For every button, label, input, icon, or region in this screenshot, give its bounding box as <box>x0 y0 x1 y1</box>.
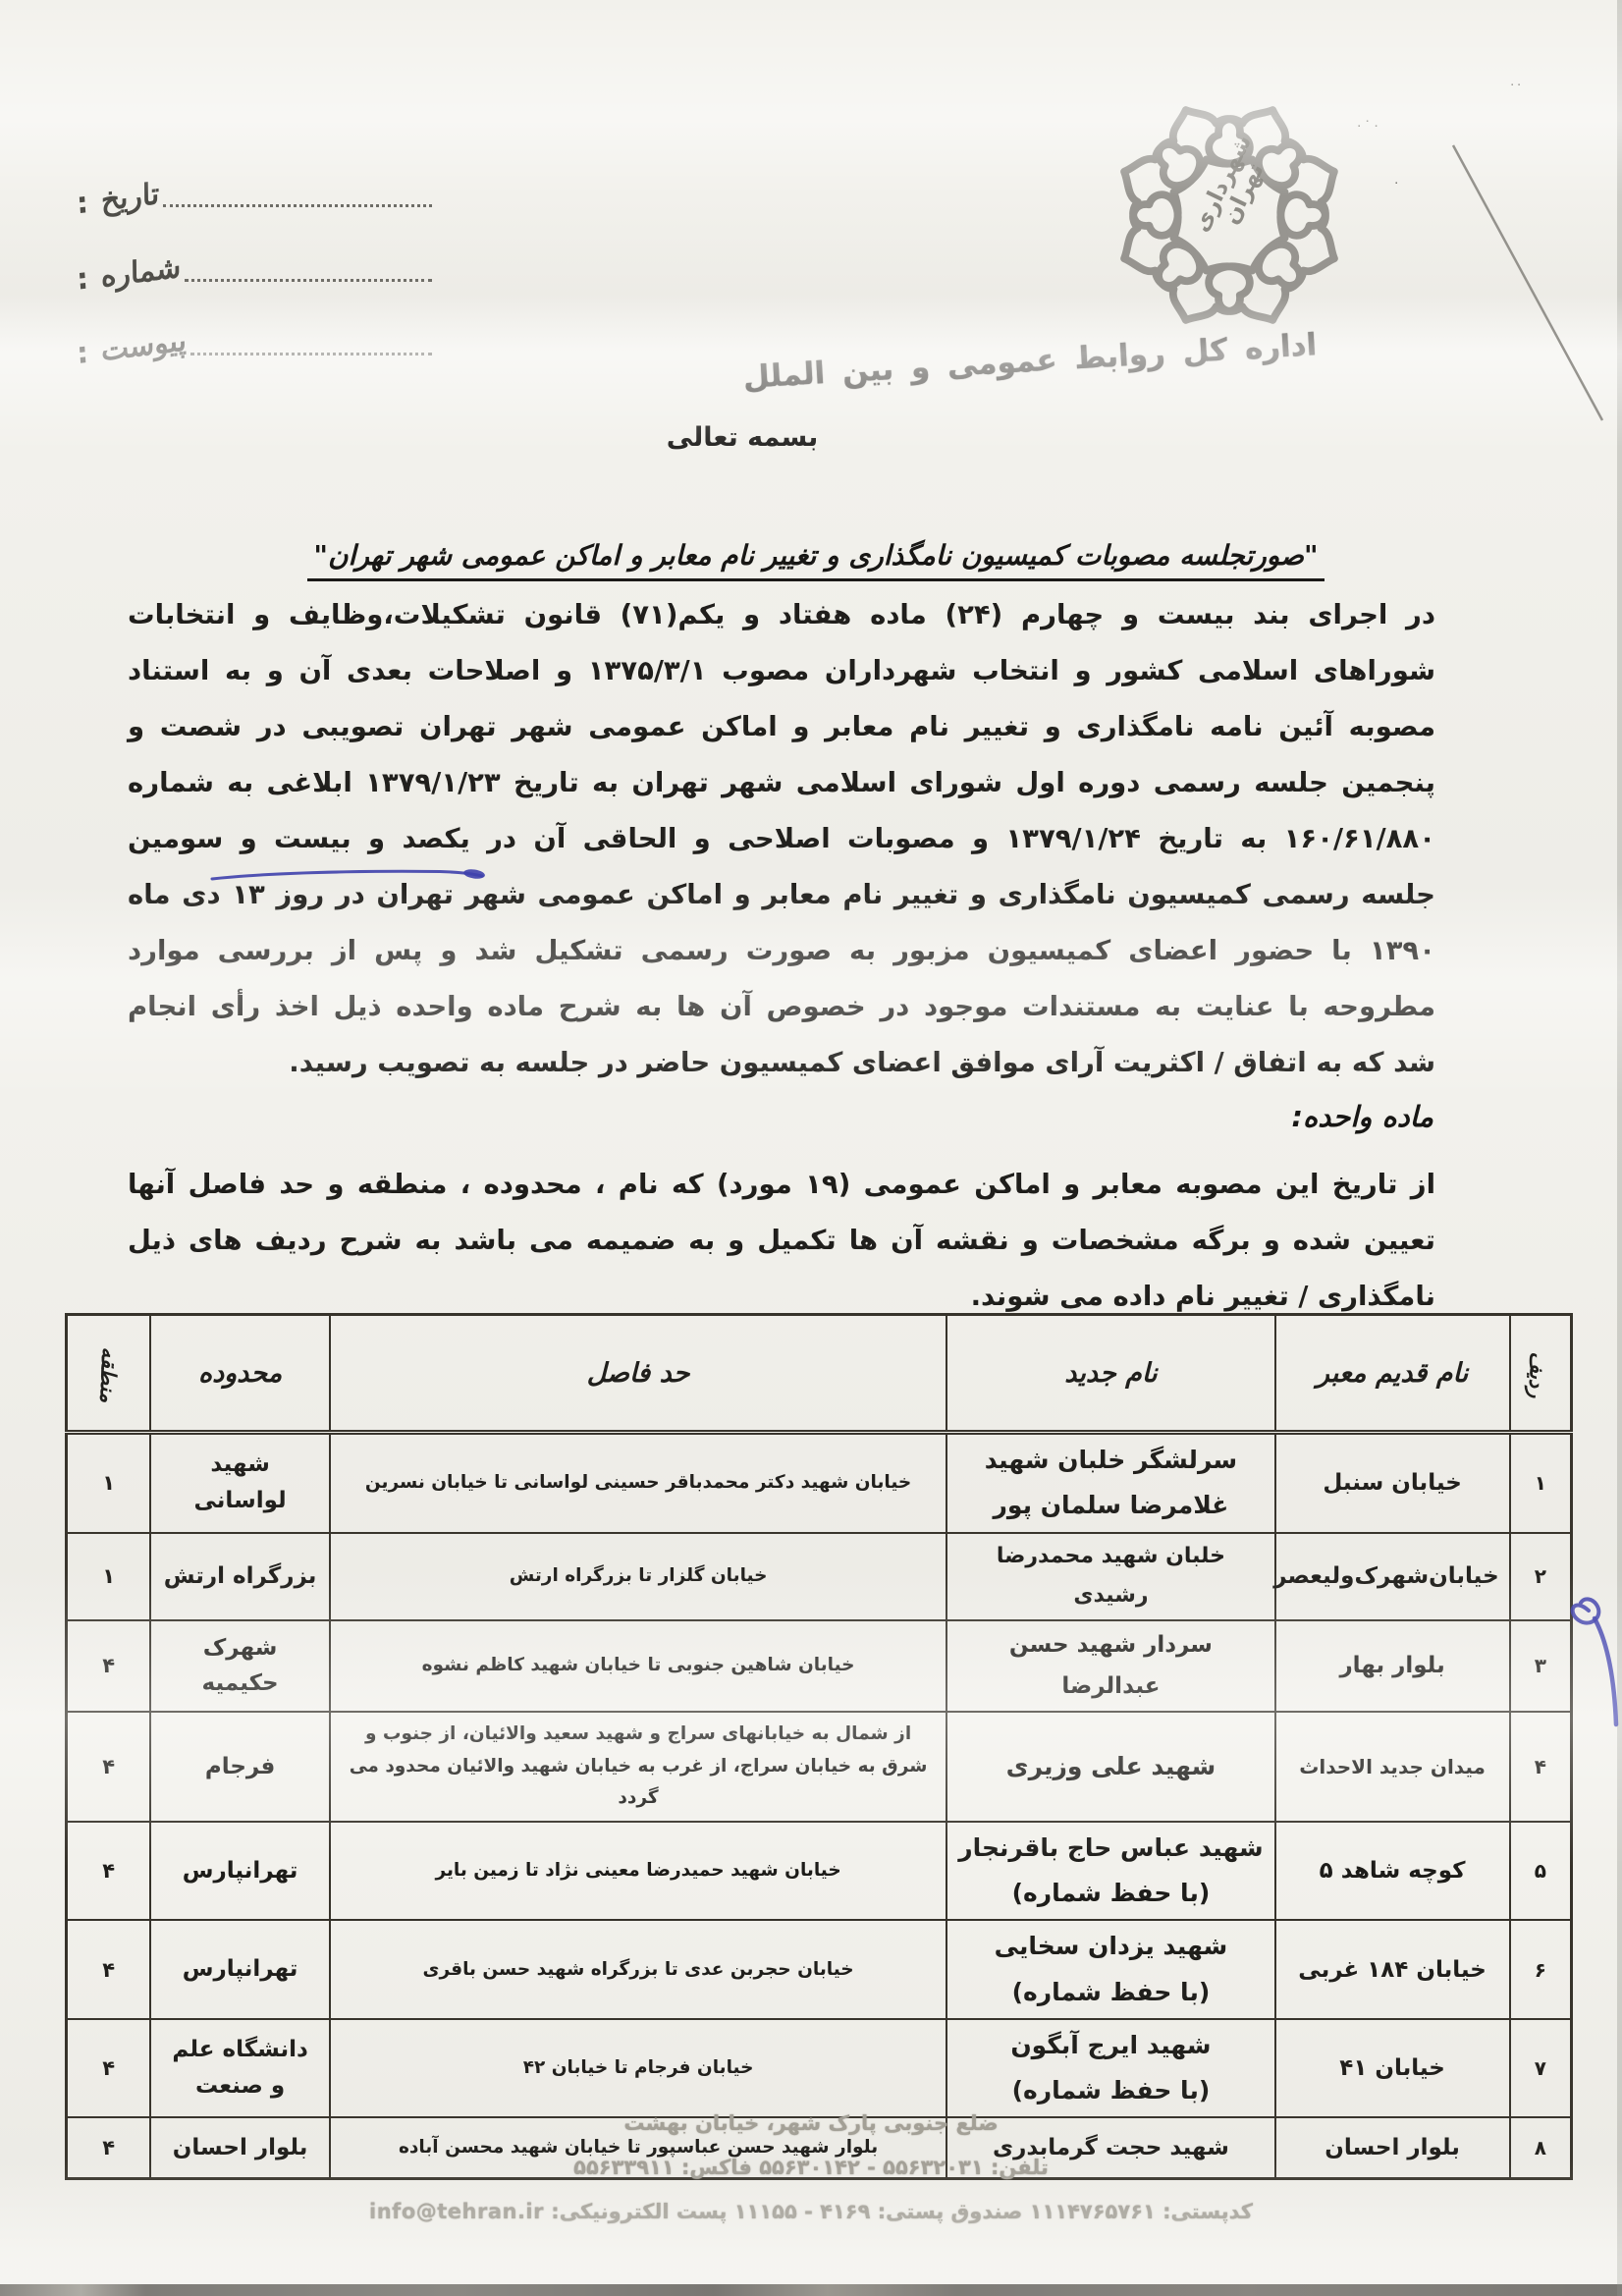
scan-scratch-line <box>1441 136 1614 430</box>
cell-zone: ۴ <box>67 2019 151 2118</box>
attachment-dotted-line <box>190 353 432 355</box>
scan-bottom-edge <box>0 2284 1622 2296</box>
cell-district: تهرانپارس <box>150 1822 329 1921</box>
single-article-heading: ماده واحده: <box>1291 1100 1433 1133</box>
scan-speck: ᐧ˙ᐧ <box>1357 118 1380 136</box>
table-row: ۵ کوچه شاهد ۵ شهید عباس حاج باقرنجار (با… <box>67 1822 1572 1921</box>
cell-zone: ۴ <box>67 1620 151 1712</box>
header-district: محدوده <box>150 1315 329 1433</box>
cell-old-name: بلوار بهار <box>1275 1620 1510 1712</box>
header-old-name: نام قدیم معبر <box>1275 1315 1510 1433</box>
table-header-row: ردیف نام قدیم معبر نام جدید حد فاصل محدو… <box>67 1315 1572 1433</box>
cell-new-name: شهید یزدان سخایی (با حفظ شماره) <box>946 1920 1274 2019</box>
scanned-letter-page: تاریخ : شماره : پیوست : شهرداری <box>0 0 1622 2296</box>
paragraph-line: تعیین شده و برگه مشخصات و نقشه آن ها تکم… <box>128 1213 1435 1269</box>
table-row: ۴ میدان جدید الاحداث شهید علی وزیری از ش… <box>67 1712 1572 1822</box>
cell-zone: ۱ <box>67 1533 151 1620</box>
table-row: ۱ خیابان سنبل سرلشگر خلبان شهید غلامرضا … <box>67 1433 1572 1533</box>
header-new-name: نام جدید <box>946 1315 1274 1433</box>
paragraph-line: مصوبه آئین نامه نامگذاری و تغییر نام معا… <box>128 699 1435 755</box>
paragraph-line: پنجمین جلسه رسمی دوره اول شورای اسلامی ش… <box>128 755 1435 811</box>
body-paragraph-2: از تاریخ این مصوبه معابر و اماکن عمومی (… <box>128 1157 1435 1325</box>
cell-boundary: خیابان شهید دکتر محمدباقر حسینی لواسانی … <box>330 1433 947 1533</box>
date-label: تاریخ : <box>73 177 168 221</box>
document-title: "صورتجلسه مصوبات کمیسیون نامگذاری و تغیی… <box>163 539 1469 572</box>
naming-table: ردیف نام قدیم معبر نام جدید حد فاصل محدو… <box>65 1313 1573 2180</box>
footer-postal: کدپستی: ۱۱۱۴۷۶۵۷۶۱ صندوق پستی: ۴۱۶۹ - ۱۱… <box>324 2200 1298 2223</box>
scan-right-edge <box>1617 0 1622 2296</box>
cell-new-name: سردار شهید حسن عبدالرضا <box>946 1620 1274 1712</box>
cell-new-name: شهید ایرج آبگون (با حفظ شماره) <box>946 2019 1274 2118</box>
body-paragraph-1: در اجرای بند بیست و چهارم (۲۴) ماده هفتا… <box>128 587 1435 1091</box>
paragraph-line: از تاریخ این مصوبه معابر و اماکن عمومی (… <box>128 1157 1435 1213</box>
cell-old-name: خیابان ۱۸۴ غربی <box>1275 1920 1510 2019</box>
cell-row-number: ۸ <box>1510 2117 1572 2178</box>
paragraph-line: شد که به اتفاق / اکثریت آرای موافق اعضای… <box>128 1035 1435 1091</box>
pen-check-mark <box>1559 1579 1622 1736</box>
cell-district: دانشگاه علم و صنعت <box>150 2019 329 2118</box>
cell-boundary: خیابان شاهین جنوبی تا خیابان شهید کاظم ن… <box>330 1620 947 1712</box>
cell-zone: ۴ <box>67 2117 151 2178</box>
besmeleh-heading: بسمه تعالی <box>546 422 939 453</box>
date-field: تاریخ : <box>77 163 442 216</box>
cell-boundary: خیابان شهید حمیدرضا معینی نژاد تا زمین ب… <box>330 1822 947 1921</box>
cell-district: شهرک حکیمیه <box>150 1620 329 1712</box>
header-row-number: ردیف <box>1510 1315 1572 1433</box>
header-boundary: حد فاصل <box>330 1315 947 1433</box>
cell-old-name: خیابان‌شهرک‌ولیعصر <box>1275 1533 1510 1620</box>
cell-old-name: کوچه شاهد ۵ <box>1275 1822 1510 1921</box>
document-title-text: "صورتجلسه مصوبات کمیسیون نامگذاری و تغیی… <box>307 539 1324 581</box>
cell-old-name: میدان جدید الاحداث <box>1275 1712 1510 1822</box>
table-row: ۶ خیابان ۱۸۴ غربی شهید یزدان سخایی (با ح… <box>67 1920 1572 2019</box>
date-dotted-line <box>163 204 432 207</box>
cell-row-number: ۱ <box>1510 1433 1572 1533</box>
cell-new-name: خلبان شهید محمدرضا رشیدی <box>946 1533 1274 1620</box>
cell-old-name: بلوار احسان <box>1275 2117 1510 2178</box>
cell-old-name: خیابان سنبل <box>1275 1433 1510 1533</box>
cell-zone: ۴ <box>67 1712 151 1822</box>
number-dotted-line <box>185 279 432 282</box>
cell-row-number: ۶ <box>1510 1920 1572 2019</box>
cell-zone: ۱ <box>67 1433 151 1533</box>
cell-boundary: خیابان گلزار تا بزرگراه ارتش <box>330 1533 947 1620</box>
cell-boundary: خیابان حجربن عدی تا بزرگراه شهید حسن باق… <box>330 1920 947 2019</box>
table-row: ۲ خیابان‌شهرک‌ولیعصر خلبان شهید محمدرضا … <box>67 1533 1572 1620</box>
paragraph-line: مطروحه با عنایت به مستندات موجود در خصوص… <box>128 979 1435 1035</box>
scan-speck: ᐧ <box>1394 175 1401 192</box>
cell-old-name: خیابان ۴۱ <box>1275 2019 1510 2118</box>
cell-district: شهید لواسانی <box>150 1433 329 1533</box>
cell-new-name: شهید عباس حاج باقرنجار (با حفظ شماره) <box>946 1822 1274 1921</box>
paragraph-line: ۱۶۰/۶۱/۸۸۰ به تاریخ ۱۳۷۹/۱/۲۴ و مصوبات ا… <box>128 811 1435 867</box>
attachment-label: پیوست : <box>73 323 194 370</box>
footer-address: ضلع جنوبی پارک شهر، خیابان بهشت <box>324 2111 1298 2135</box>
scan-speck: ᐧᐧ <box>1510 77 1524 94</box>
attachment-field: پیوست : <box>77 311 442 364</box>
pen-underline-mark <box>206 862 501 890</box>
department-line: اداره کل روابط عمومی و بین الملل <box>605 319 1456 404</box>
cell-district: بزرگراه ارتش <box>150 1533 329 1620</box>
paragraph-line: در اجرای بند بیست و چهارم (۲۴) ماده هفتا… <box>128 587 1435 643</box>
table-row: ۷ خیابان ۴۱ شهید ایرج آبگون (با حفظ شمار… <box>67 2019 1572 2118</box>
footer-phone: تلفن: ۵۵۶۳۲۰۳۱ - ۵۵۶۳۰۱۴۲ فاکس: ۵۵۶۳۳۹۱۱ <box>324 2156 1298 2179</box>
cell-boundary: خیابان فرجام تا خیابان ۴۲ <box>330 2019 947 2118</box>
cell-zone: ۴ <box>67 1920 151 2019</box>
cell-district: تهرانپارس <box>150 1920 329 2019</box>
paragraph-line: شوراهای اسلامی کشور و انتخاب شهرداران مص… <box>128 643 1435 699</box>
cell-row-number: ۵ <box>1510 1822 1572 1921</box>
cell-zone: ۴ <box>67 1822 151 1921</box>
table-row: ۳ بلوار بهار سردار شهید حسن عبدالرضا خیا… <box>67 1620 1572 1712</box>
cell-district: بلوار احسان <box>150 2117 329 2178</box>
cell-row-number: ۷ <box>1510 2019 1572 2118</box>
number-label: شماره : <box>73 250 189 298</box>
header-zone: منطقه <box>67 1315 151 1433</box>
cell-boundary: از شمال به خیابانهای سراج و شهید سعید وا… <box>330 1712 947 1822</box>
paragraph-line: ۱۳۹۰ با حضور اعضای کمیسیون مزبور به صورت… <box>128 923 1435 979</box>
number-field: شماره : <box>77 238 442 291</box>
cell-new-name: شهید علی وزیری <box>946 1712 1274 1822</box>
cell-district: فرجام <box>150 1712 329 1822</box>
cell-new-name: سرلشگر خلبان شهید غلامرضا سلمان پور <box>946 1433 1274 1533</box>
